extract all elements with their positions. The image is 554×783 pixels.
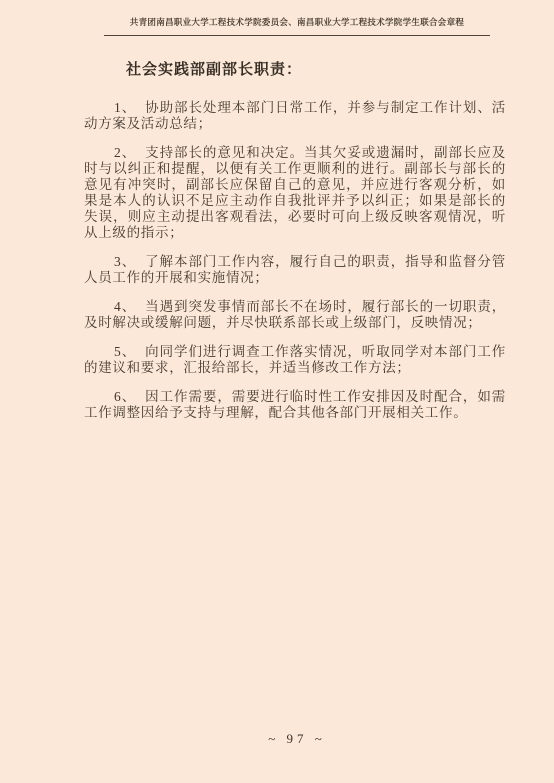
item-text: 因工作需要，需要进行临时性工作安排因及时配合，如需工作调整因给予支持与理解，配合… <box>84 389 506 420</box>
list-item: 6、因工作需要，需要进行临时性工作安排因及时配合，如需工作调整因给予支持与理解，… <box>84 389 506 421</box>
document-page: 共青团南昌职业大学工程技术学院委员会、南昌职业大学工程技术学院学生联合会章程 社… <box>0 0 554 783</box>
list-item: 3、了解本部门工作内容，履行自己的职责，指导和监督分管人员工作的开展和实施情况； <box>84 254 506 286</box>
item-number: 5、 <box>114 344 136 359</box>
item-text: 向同学们进行调查工作落实情况，听取同学对本部门工作的建议和要求，汇报给部长，并适… <box>84 344 506 375</box>
list-item: 4、当遇到突发事情而部长不在场时，履行部长的一切职责，及时解决或缓解问题，并尽快… <box>84 299 506 331</box>
item-number: 4、 <box>114 299 136 314</box>
page-number: ~ 97 ~ <box>40 731 554 747</box>
item-number: 3、 <box>114 254 136 269</box>
list-item: 2、支持部长的意见和决定。当其欠妥或遗漏时，副部长应及时与以纠正和提醒，以便有关… <box>84 145 506 241</box>
item-text: 协助部长处理本部门日常工作，并参与制定工作计划、活动方案及活动总结； <box>84 100 506 131</box>
section-title: 社会实践部副部长职责： <box>84 58 506 82</box>
item-number: 6、 <box>114 389 136 404</box>
page-header: 共青团南昌职业大学工程技术学院委员会、南昌职业大学工程技术学院学生联合会章程 <box>104 16 490 36</box>
item-number: 1、 <box>114 100 136 115</box>
list-item: 1、协助部长处理本部门日常工作，并参与制定工作计划、活动方案及活动总结； <box>84 100 506 132</box>
document-body: 社会实践部副部长职责： 1、协助部长处理本部门日常工作，并参与制定工作计划、活动… <box>84 58 506 434</box>
item-text: 了解本部门工作内容，履行自己的职责，指导和监督分管人员工作的开展和实施情况； <box>84 254 506 285</box>
list-item: 5、向同学们进行调查工作落实情况，听取同学对本部门工作的建议和要求，汇报给部长，… <box>84 344 506 376</box>
item-text: 支持部长的意见和决定。当其欠妥或遗漏时，副部长应及时与以纠正和提醒，以便有关工作… <box>84 145 506 240</box>
item-text: 当遇到突发事情而部长不在场时，履行部长的一切职责，及时解决或缓解问题，并尽快联系… <box>84 299 506 330</box>
item-number: 2、 <box>114 145 136 160</box>
